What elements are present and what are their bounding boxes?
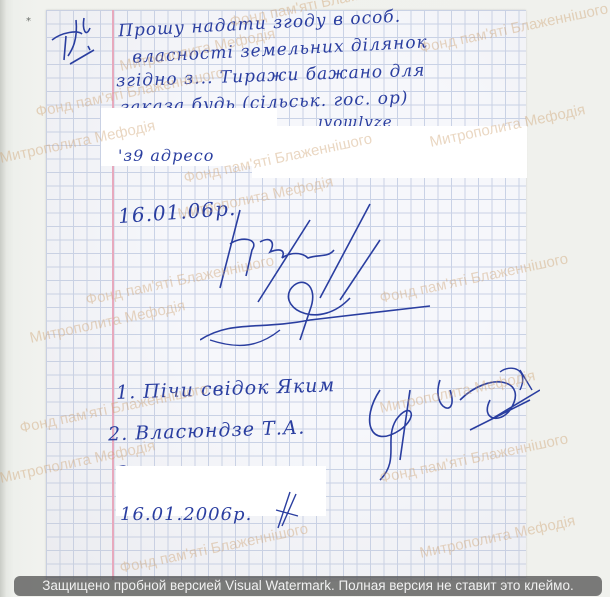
- signature-2: [340, 360, 540, 490]
- corner-mark: *: [26, 16, 31, 27]
- watermark-banner: Защищено пробной версией Visual Watermar…: [14, 576, 602, 596]
- margin-line: [112, 10, 114, 580]
- signature-3: [268, 490, 308, 530]
- date-2: 16.01.2006р.: [120, 504, 252, 525]
- text-line-6: 'з9 адресо: [118, 146, 214, 165]
- margin-signature: [48, 10, 108, 68]
- scan-edge: [0, 0, 6, 597]
- redaction-box: [252, 126, 527, 178]
- signature-1: [200, 190, 440, 360]
